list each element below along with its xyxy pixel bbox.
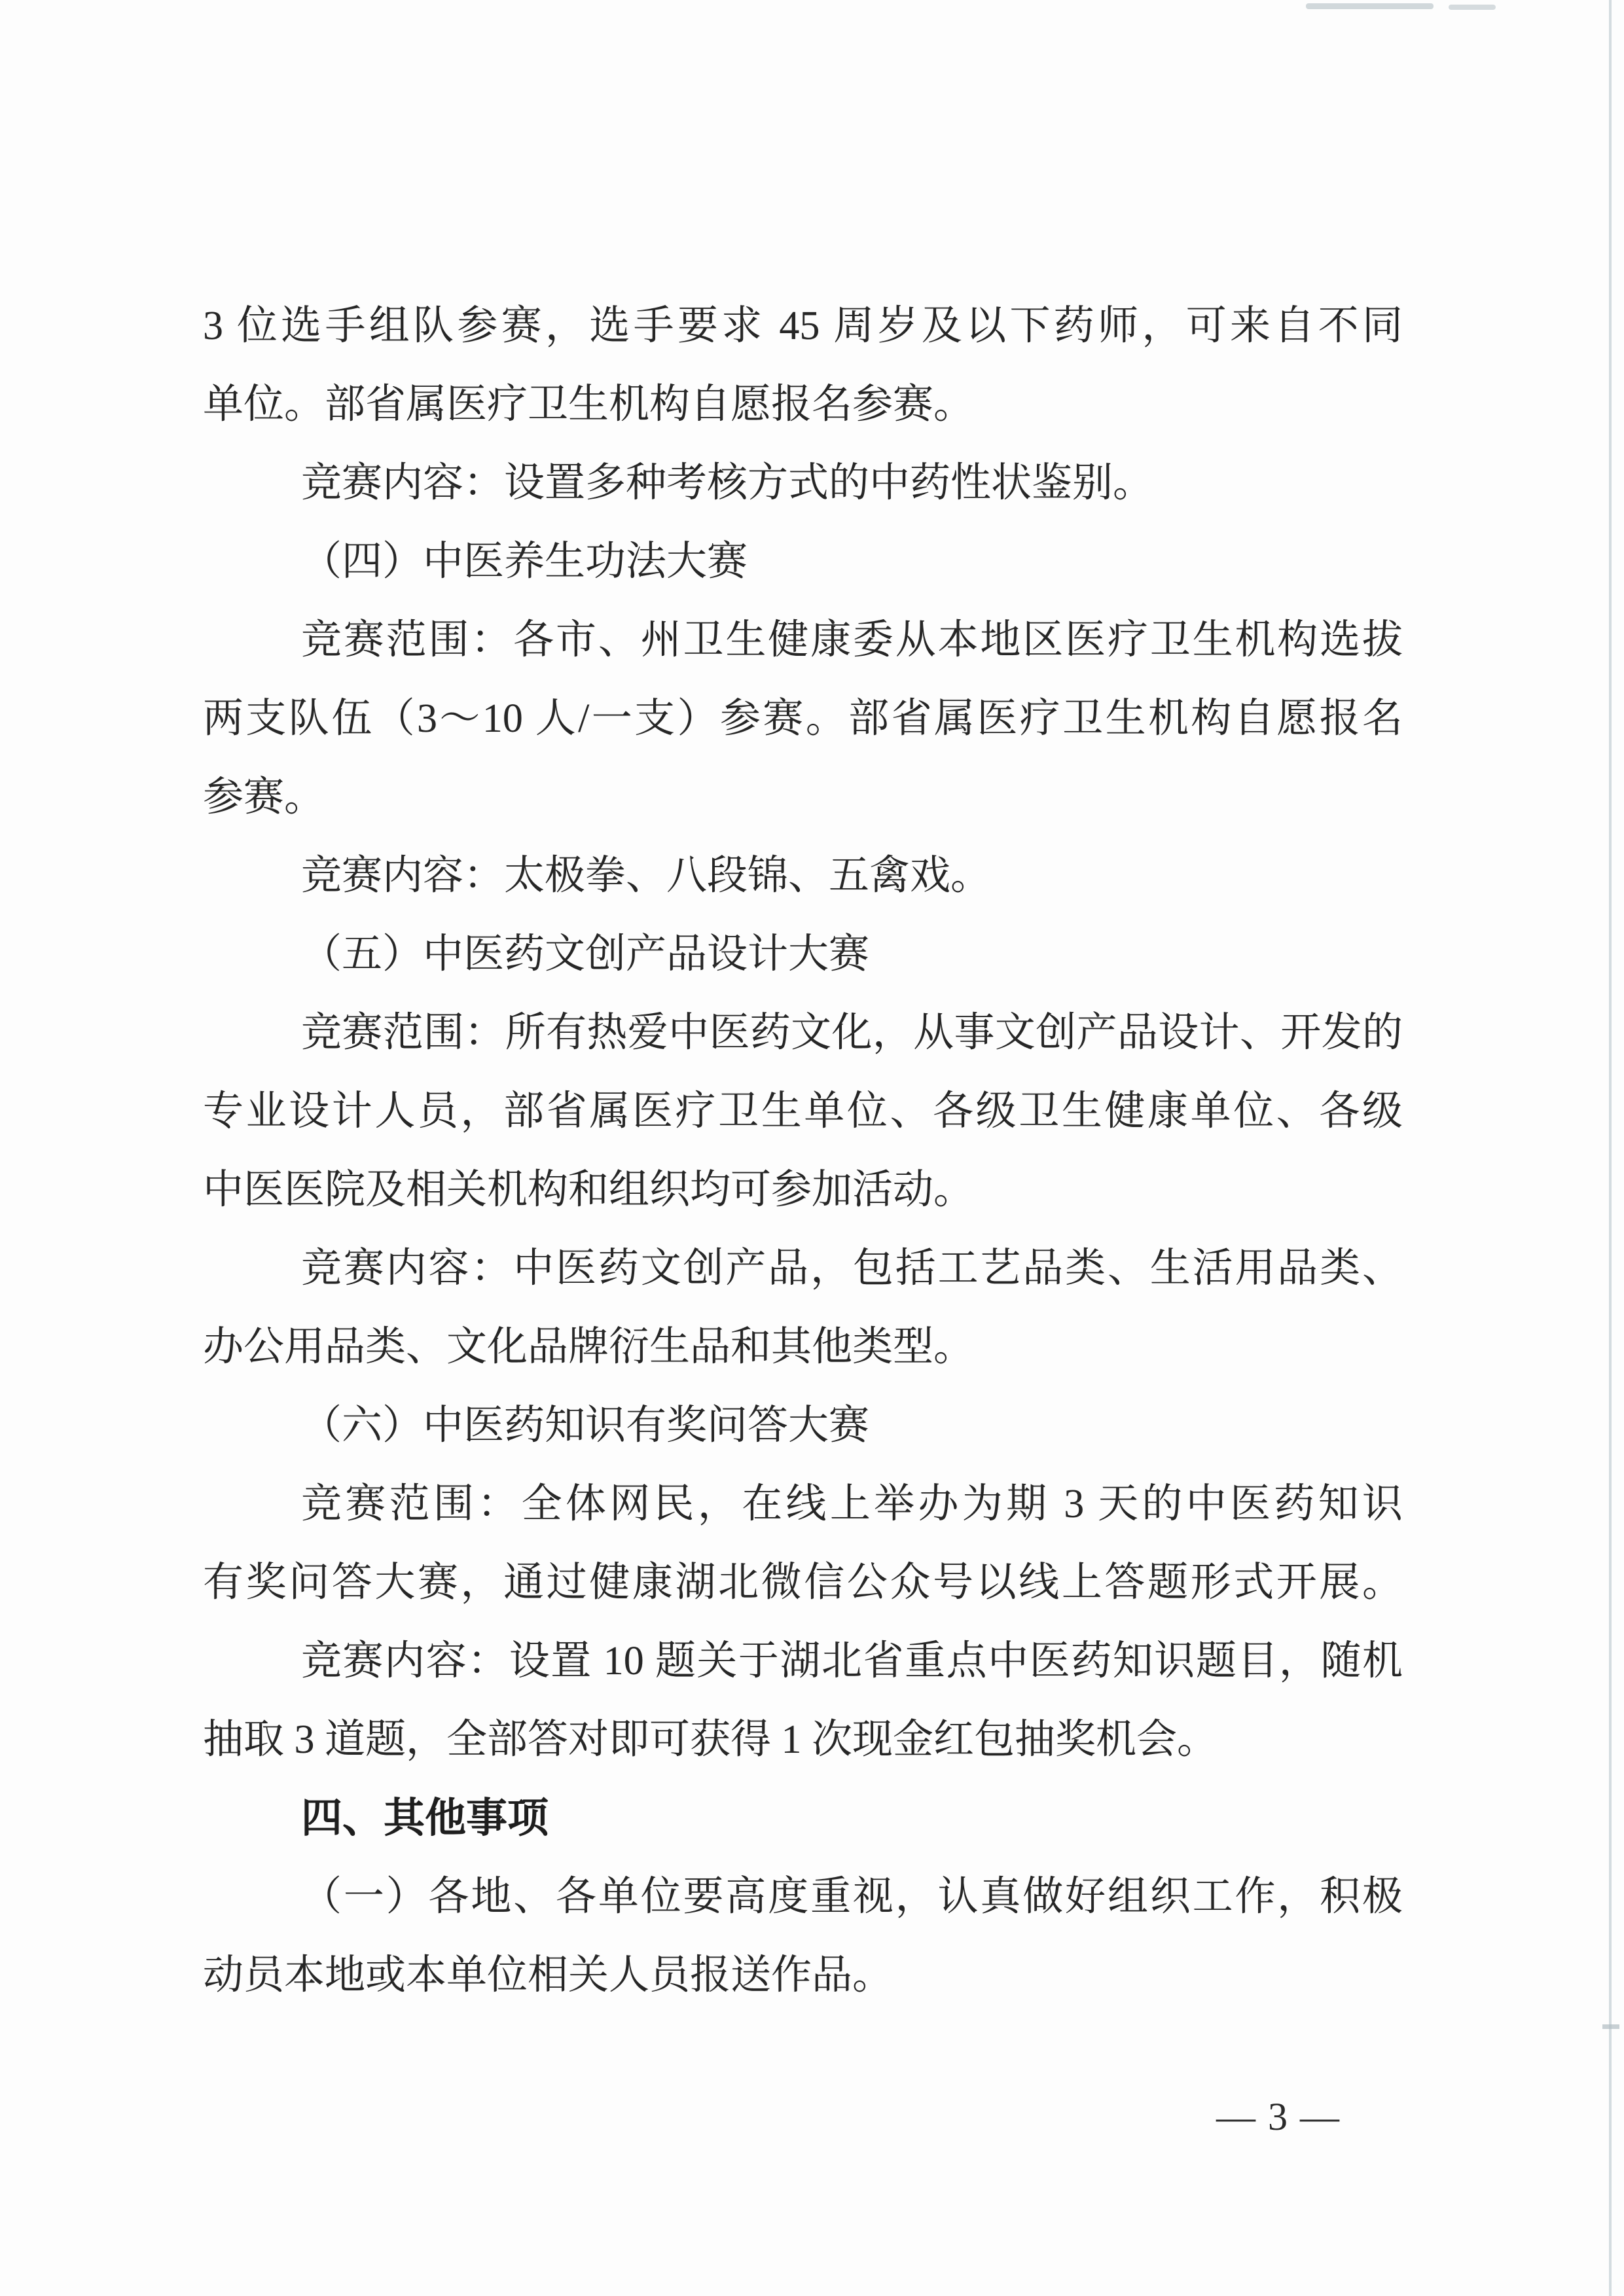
section-heading-other-matters: 四、其他事项 xyxy=(203,1779,1403,1857)
subsection-heading-4: （四）中医养生功法大赛 xyxy=(203,522,1403,601)
text-line: 竞赛范围：全体网民，在线上举办为期 3 天的中医药知识 xyxy=(203,1465,1403,1543)
page-number: — 3 — xyxy=(1216,2097,1341,2136)
subsection-heading-6: （六）中医药知识有奖问答大赛 xyxy=(203,1386,1403,1465)
scan-smudge-artifact xyxy=(1306,3,1434,9)
text-line: 两支队伍（3～10 人/一支）参赛。部省属医疗卫生机构自愿报名 xyxy=(203,679,1403,758)
scan-edge-artifact xyxy=(1609,0,1612,2296)
text-line: 动员本地或本单位相关人员报送作品。 xyxy=(203,1936,1403,2015)
text-line: （一）各地、各单位要高度重视，认真做好组织工作，积极 xyxy=(203,1857,1403,1936)
text-line: 参赛。 xyxy=(203,758,1403,836)
text-line: 单位。部省属医疗卫生机构自愿报名参赛。 xyxy=(203,365,1403,444)
text-line: 抽取 3 道题，全部答对即可获得 1 次现金红包抽奖机会。 xyxy=(203,1700,1403,1779)
text-line: 3 位选手组队参赛，选手要求 45 周岁及以下药师，可来自不同 xyxy=(203,287,1403,365)
text-line: 竞赛内容：设置 10 题关于湖北省重点中医药知识题目，随机 xyxy=(203,1622,1403,1700)
text-line: 竞赛内容：设置多种考核方式的中药性状鉴别。 xyxy=(203,444,1403,522)
scan-tick-artifact xyxy=(1602,2024,1619,2029)
document-page: 3 位选手组队参赛，选手要求 45 周岁及以下药师，可来自不同 单位。部省属医疗… xyxy=(0,0,1624,2296)
text-line: 专业设计人员，部省属医疗卫生单位、各级卫生健康单位、各级 xyxy=(203,1072,1403,1151)
text-line: 竞赛内容：太极拳、八段锦、五禽戏。 xyxy=(203,836,1403,915)
text-line: 中医医院及相关机构和组织均可参加活动。 xyxy=(203,1151,1403,1229)
text-line: 办公用品类、文化品牌衍生品和其他类型。 xyxy=(203,1308,1403,1386)
text-line: 竞赛范围：所有热爱中医药文化，从事文创产品设计、开发的 xyxy=(203,994,1403,1072)
scan-smudge-artifact xyxy=(1449,5,1496,10)
subsection-heading-5: （五）中医药文创产品设计大赛 xyxy=(203,915,1403,994)
text-line: 竞赛内容：中医药文创产品，包括工艺品类、生活用品类、 xyxy=(203,1229,1403,1308)
text-line: 有奖问答大赛，通过健康湖北微信公众号以线上答题形式开展。 xyxy=(203,1543,1403,1622)
text-line: 竞赛范围：各市、州卫生健康委从本地区医疗卫生机构选拔 xyxy=(203,601,1403,679)
document-body: 3 位选手组队参赛，选手要求 45 周岁及以下药师，可来自不同 单位。部省属医疗… xyxy=(203,287,1403,2015)
